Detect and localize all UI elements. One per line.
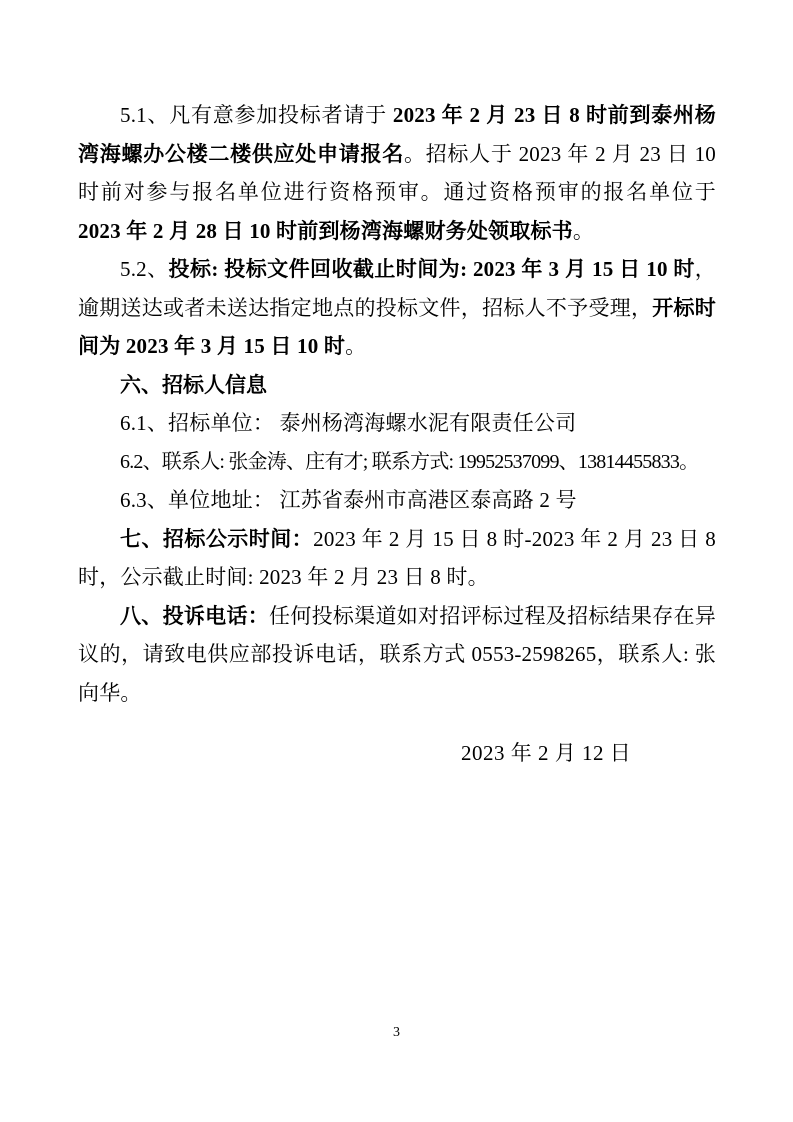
paragraph-7-publicity-period: 七、招标公示时间：2023 年 2 月 15 日 8 时-2023 年 2 月 … <box>78 520 716 597</box>
paragraph-5-2: 5.2、投标: 投标文件回收截止时间为: 2023 年 3 月 15 日 10 … <box>78 250 716 366</box>
text-run-bold-bid-deadline: 投标: 投标文件回收截止时间为: 2023 年 3 月 15 日 10 时 <box>169 257 695 281</box>
text-run: 。 <box>573 219 594 243</box>
document-body: 5.1、凡有意参加投标者请于 2023 年 2 月 23 日 8 时前到泰州杨湾… <box>78 96 716 712</box>
text-run-bold-complaint-label: 八、投诉电话： <box>120 604 269 628</box>
text-run: 5.1、凡有意参加投标者请于 <box>120 103 393 127</box>
paragraph-6-2-contacts: 6.2、联系人: 张金涛、庄有才; 联系方式: 19952537099、1381… <box>78 443 716 482</box>
text-run-bold-publicity-label: 七、招标公示时间： <box>120 527 313 551</box>
paragraph-8-complaint-phone: 八、投诉电话：任何投标渠道如对招评标过程及招标结果存在异议的，请致电供应部投诉电… <box>78 597 716 713</box>
text-run: 。 <box>345 334 366 358</box>
paragraph-5-1: 5.1、凡有意参加投标者请于 2023 年 2 月 23 日 8 时前到泰州杨湾… <box>78 96 716 250</box>
section-heading-tenderer-info: 六、招标人信息 <box>78 366 716 405</box>
document-page: 5.1、凡有意参加投标者请于 2023 年 2 月 23 日 8 时前到泰州杨湾… <box>0 0 793 1122</box>
text-run-bold-document-pickup: 2023 年 2 月 28 日 10 时前到杨湾海螺财务处领取标书 <box>78 219 573 243</box>
text-run: 5.2、 <box>120 257 169 281</box>
paragraph-6-1-tender-unit: 6.1、招标单位： 泰州杨湾海螺水泥有限责任公司 <box>78 404 716 443</box>
document-date: 2023 年 2 月 12 日 <box>461 740 631 766</box>
page-number: 3 <box>0 1024 793 1042</box>
paragraph-6-3-address: 6.3、单位地址： 江苏省泰州市高港区泰高路 2 号 <box>78 481 716 520</box>
